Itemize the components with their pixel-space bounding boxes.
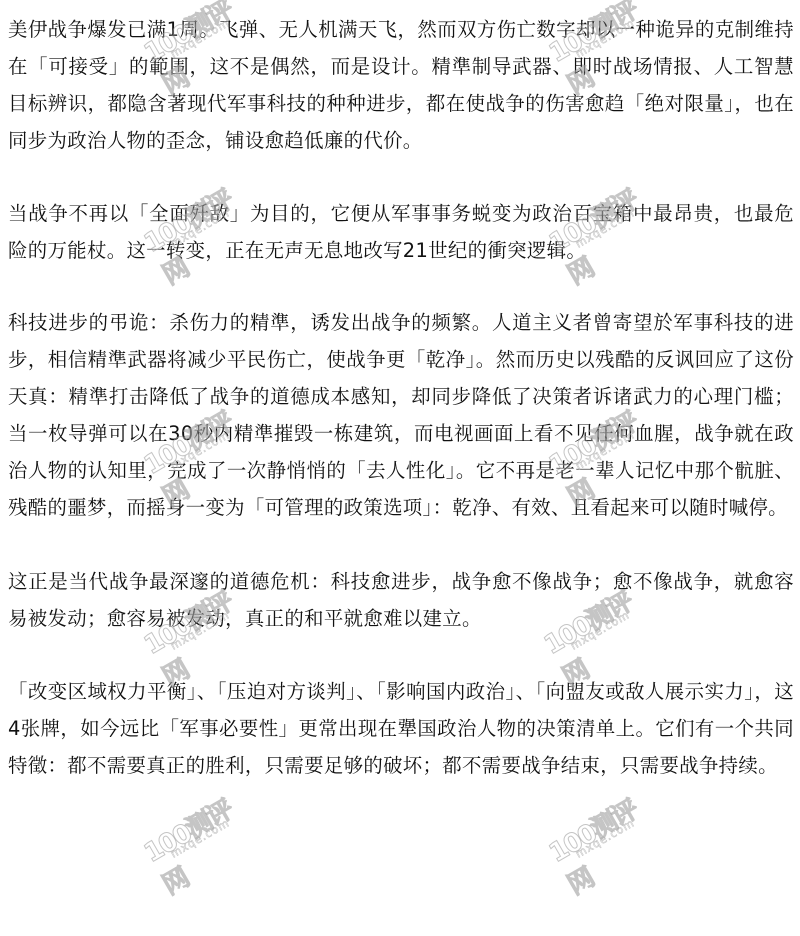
article-body: 美伊战争爆发已满1周。飞弹、无人机满天飞，然而双方伤亡数字却以一种诡异的克制维持… xyxy=(8,0,794,784)
paragraph-2: 当战争不再以「全面歼敌」为目的，它便从军事事务蜕变为政治百宝箱中最昂贵，也最危险… xyxy=(8,195,794,269)
paragraph-4: 这正是当代战争最深邃的道德危机：科技愈进步，战争愈不像战争；愈不像战争，就愈容易… xyxy=(8,563,794,637)
watermark-logo: 100测评网 mxqe.com xyxy=(539,784,651,877)
watermark-logo: 100测评网 mxqe.com xyxy=(134,784,246,877)
paragraph-1: 美伊战争爆发已满1周。飞弹、无人机满天飞，然而双方伤亡数字却以一种诡异的克制维持… xyxy=(8,0,794,159)
paragraph-5: 「改变区域权力平衡」、「压迫对方谈判」、「影响国内政治」、「向盟友或敌人展示实力… xyxy=(8,673,794,784)
paragraph-3: 科技进步的弔诡：杀伤力的精準，诱发出战争的频繁。人道主义者曾寄望於军事科技的进步… xyxy=(8,304,794,526)
